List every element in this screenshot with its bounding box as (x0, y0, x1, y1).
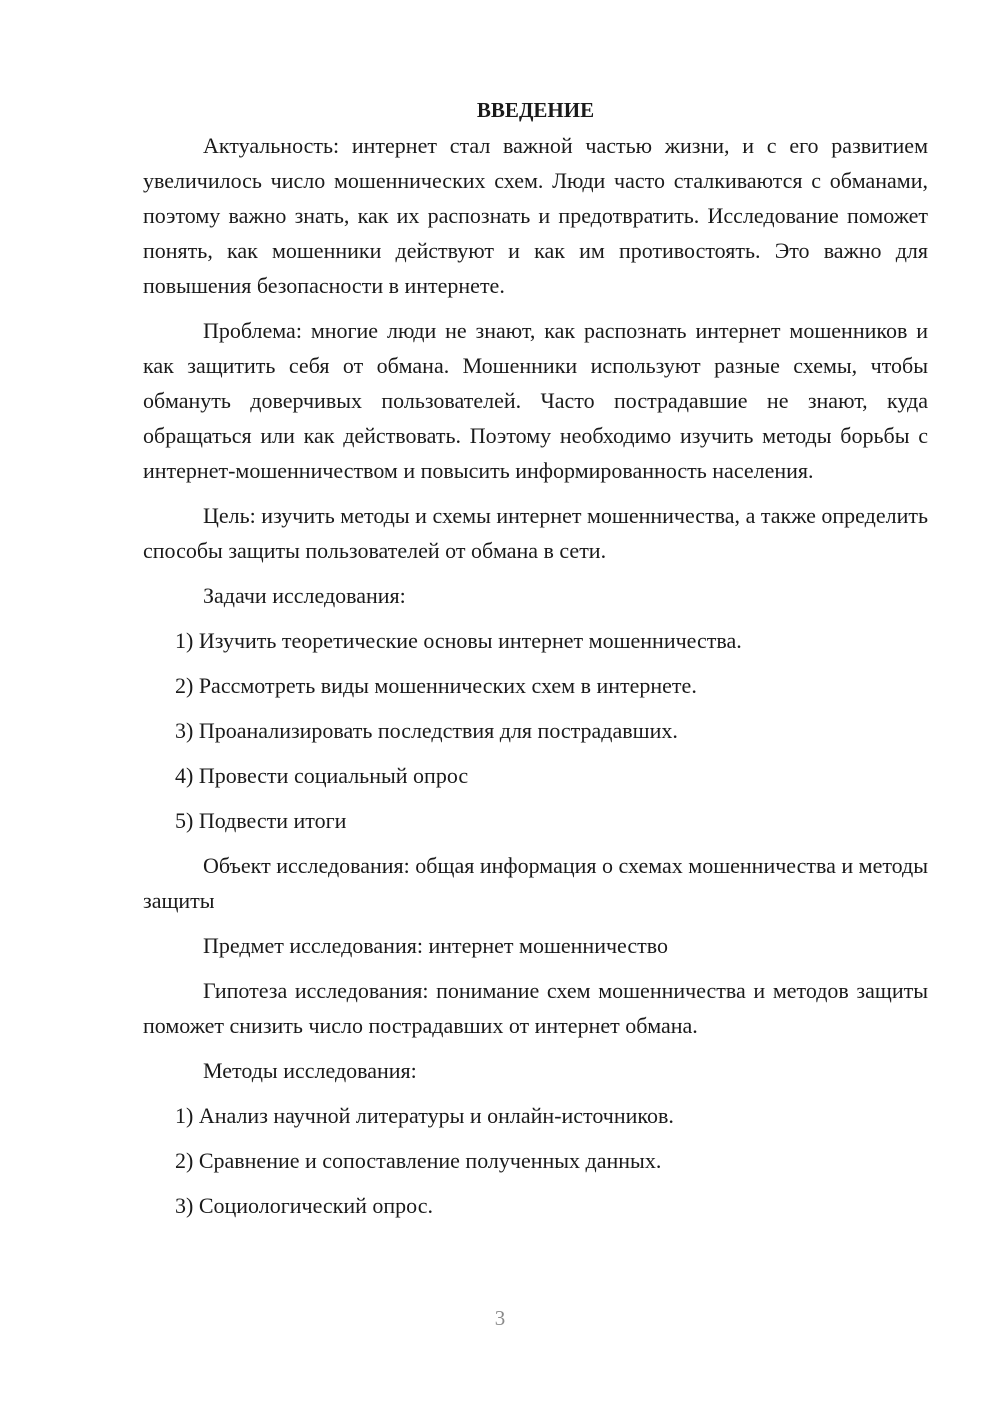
paragraph-subject: Предмет исследования: интернет мошенниче… (143, 928, 928, 963)
list-item: 4) Провести социальный опрос (175, 758, 928, 793)
paragraph-goal: Цель: изучить методы и схемы интернет мо… (143, 498, 928, 568)
section-title: ВВЕДЕНИЕ (143, 92, 928, 128)
paragraph-object: Объект исследования: общая информация о … (143, 848, 928, 918)
list-item: 3) Социологический опрос. (175, 1188, 928, 1223)
list-item: 3) Проанализировать последствия для пост… (175, 713, 928, 748)
document-page: ВВЕДЕНИЕ Актуальность: интернет стал важ… (143, 92, 928, 1233)
list-item: 2) Сравнение и сопоставление полученных … (175, 1143, 928, 1178)
methods-heading: Методы исследования: (143, 1053, 928, 1088)
tasks-list: 1) Изучить теоретические основы интернет… (143, 623, 928, 838)
list-item: 5) Подвести итоги (175, 803, 928, 838)
list-item: 2) Рассмотреть виды мошеннических схем в… (175, 668, 928, 703)
paragraph-relevance: Актуальность: интернет стал важной часть… (143, 128, 928, 303)
list-item: 1) Изучить теоретические основы интернет… (175, 623, 928, 658)
paragraph-problem: Проблема: многие люди не знают, как расп… (143, 313, 928, 488)
paragraph-hypothesis: Гипотеза исследования: понимание схем мо… (143, 973, 928, 1043)
methods-list: 1) Анализ научной литературы и онлайн-ис… (143, 1098, 928, 1223)
tasks-heading: Задачи исследования: (143, 578, 928, 613)
list-item: 1) Анализ научной литературы и онлайн-ис… (175, 1098, 928, 1133)
page-number: 3 (0, 1306, 1000, 1331)
